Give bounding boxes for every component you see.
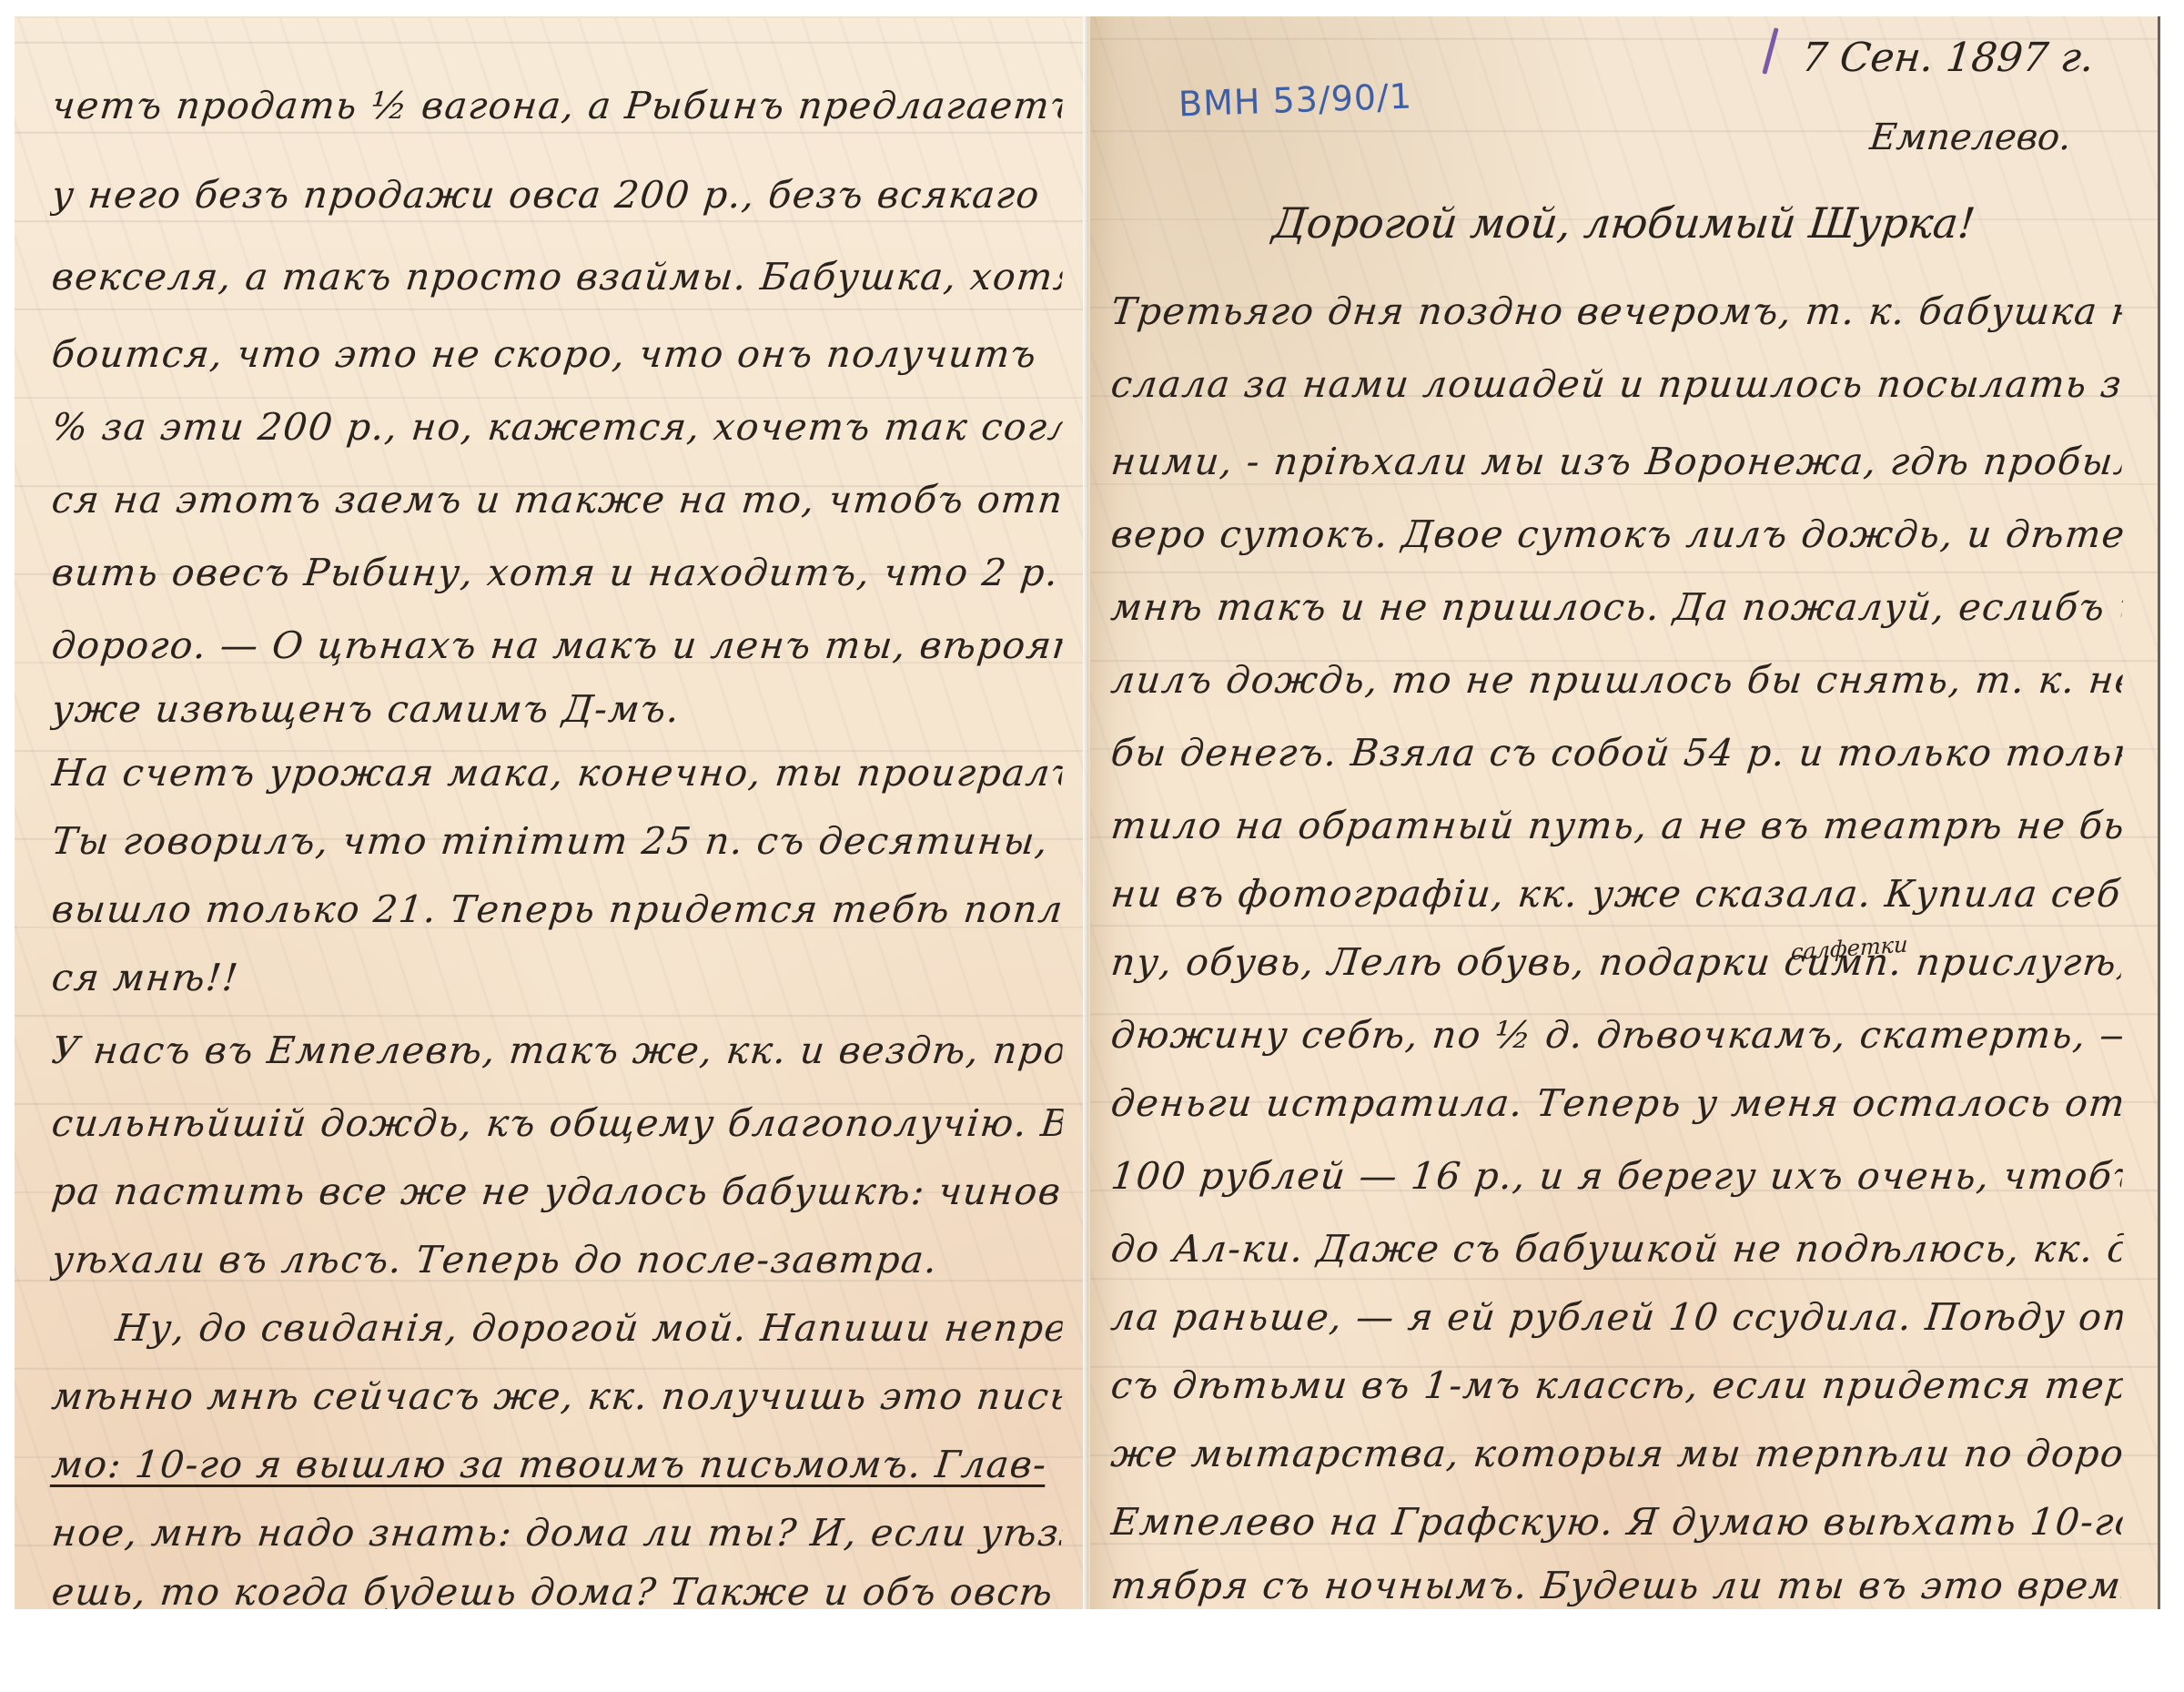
- text-line: ся на этотъ заемъ и также на то, чтобъ о…: [47, 478, 1064, 542]
- text-line: веро сутокъ. Двое сутокъ лилъ дождь, и д…: [1107, 512, 2124, 576]
- text-line: боится, что это не скоро, что онъ получи…: [47, 332, 1064, 396]
- text-line-underlined: мо: 10-го я вышлю за твоимъ письмомъ. Гл…: [47, 1443, 1064, 1506]
- letter-date: 7 Сен. 1897 г.: [1799, 35, 2096, 81]
- archive-stamp: ВМН 53/90/1: [1178, 76, 1412, 125]
- text-line: Емпелево на Графскую. Я думаю выѣхать 10…: [1107, 1500, 2124, 1564]
- text-line: 100 рублей — 16 р., и я берегу ихъ очень…: [1107, 1154, 2124, 1218]
- text-line: ное, мнѣ надо знать: дома ли ты? И, если…: [47, 1511, 1064, 1575]
- text-line: мнѣ такъ и не пришлось. Да пожалуй, если…: [1107, 585, 2124, 649]
- text-line: дюжину себѣ, по ½ д. дѣвочкамъ, скатерть…: [1107, 1013, 2124, 1077]
- text-line: ними, - пріѣхали мы изъ Воронежа, гдѣ пр…: [1107, 440, 2124, 503]
- text-line: Третьяго дня поздно вечеромъ, т. к. бабу…: [1107, 289, 2124, 353]
- text-line: вить овесъ Рыбину, хотя и находитъ, что …: [47, 551, 1064, 614]
- text-line: уѣхали въ лѣсъ. Теперь до после-завтра.: [47, 1238, 1064, 1302]
- text-line: съ дѣтьми въ 1-мъ классѣ, если придется …: [1107, 1363, 2124, 1427]
- text-line: ешь, то когда будешь дома? Также и объ о…: [47, 1570, 1064, 1609]
- text-line: деньги истратила. Теперь у меня осталось…: [1107, 1081, 2124, 1145]
- text-line: ни въ фотографіи, кк. уже сказала. Купил…: [1107, 872, 2124, 936]
- text-line: мѣнно мнѣ сейчасъ же, кк. получишь это п…: [47, 1374, 1064, 1438]
- letter-scan: четъ продать ½ вагона, а Рыбинъ предлага…: [0, 0, 2184, 1692]
- text-line: у него безъ продажи овса 200 р., безъ вс…: [47, 173, 1064, 237]
- text-line: ся мнѣ!!: [47, 956, 1064, 1019]
- text-line: вышло только 21. Теперь придется тебѣ по…: [47, 887, 1064, 951]
- text-line: векселя, а такъ просто взаймы. Бабушка, …: [47, 255, 1064, 319]
- text-line: четъ продать ½ вагона, а Рыбинъ предлага…: [47, 84, 1064, 147]
- text-line: % за эти 200 р., но, кажется, хочетъ так…: [47, 405, 1064, 469]
- text-line: На счетъ урожая мака, конечно, ты проигр…: [47, 751, 1064, 815]
- text-line: Ну, до свиданія, дорогой мой. Напиши неп…: [47, 1306, 1064, 1370]
- text-line: бы денегъ. Взяла съ собой 54 р. и только…: [1107, 731, 2124, 795]
- letter-place: Емпелево.: [1868, 117, 2074, 158]
- text-line: уже извѣщенъ самимъ Д-мъ.: [47, 687, 1064, 751]
- text-line: У насъ въ Емпелевѣ, такъ же, кк. и вездѣ…: [47, 1028, 1064, 1092]
- text-line: ла раньше, — я ей рублей 10 ссудила. Поѣ…: [1107, 1295, 2124, 1359]
- text-line: сильнѣйшій дождь, къ общему благополучію…: [47, 1101, 1064, 1165]
- text-line: лилъ дождь, то не пришлось бы снять, т. …: [1107, 658, 2124, 722]
- left-page: четъ продать ½ вагона, а Рыбинъ предлага…: [15, 16, 1088, 1609]
- text-line: пу, обувь, Лелѣ обувь, подарки симп. при…: [1107, 940, 2124, 1004]
- text-line: Ты говорилъ, что minimum 25 п. съ десяти…: [47, 819, 1064, 883]
- text-line: тября съ ночнымъ. Будешь ли ты въ это вр…: [1107, 1564, 2124, 1609]
- text-line: до Ал-ки. Даже съ бабушкой не подѣлюсь, …: [1107, 1227, 2124, 1291]
- underlined-phrase: мо: 10-го я вышлю за твоимъ письмомъ. Гл…: [50, 1443, 1050, 1486]
- text-line: ра пастить все же не удалось бабушкѣ: чи…: [47, 1170, 1064, 1233]
- right-page: ВМН 53/90/1 7 Сен. 1897 г. Емпелево. Дор…: [1088, 16, 2160, 1609]
- salutation: Дорогой мой, любимый Шурка!: [1088, 198, 2160, 248]
- text-line: слала за нами лошадей и пришлось посылат…: [1107, 362, 2124, 426]
- text-line: дорого. — О цѣнахъ на макъ и ленъ ты, вѣ…: [47, 623, 1064, 687]
- text-line: же мытарства, которыя мы терпѣли по доро…: [1107, 1432, 2124, 1495]
- folio-mark: [1762, 27, 1778, 75]
- text-line: тило на обратный путь, а не въ театрѣ не…: [1107, 804, 2124, 867]
